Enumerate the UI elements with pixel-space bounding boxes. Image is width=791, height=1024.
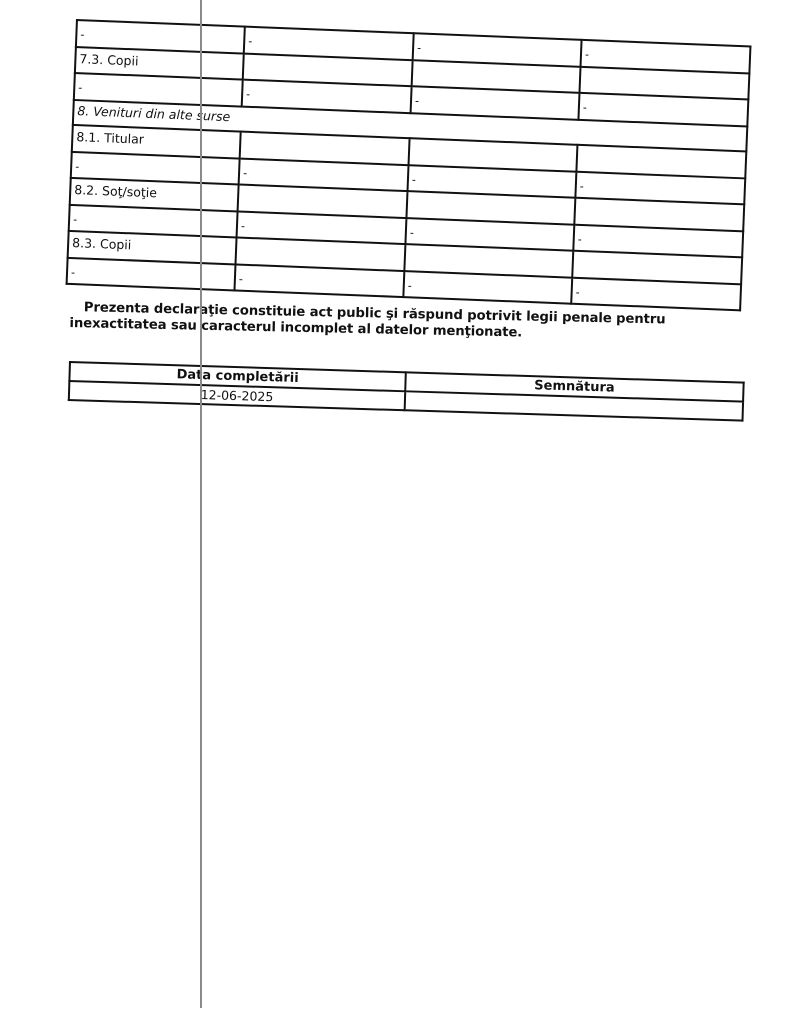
- table-cell: -: [571, 277, 741, 310]
- income-table: - - - - 7.3. Copii - - - - 8. Venituri d…: [66, 19, 752, 311]
- table-cell: -: [67, 257, 236, 290]
- income-table-body: - - - - 7.3. Copii - - - - 8. Venituri d…: [67, 20, 751, 310]
- scanned-document-page: - - - - 7.3. Copii - - - - 8. Venituri d…: [0, 0, 791, 1024]
- signature-table: Data completării Semnătura 12-06-2025: [68, 361, 745, 422]
- table-cell: -: [403, 271, 572, 304]
- scanner-artifact-line: [200, 0, 202, 1008]
- table-cell: -: [234, 264, 404, 297]
